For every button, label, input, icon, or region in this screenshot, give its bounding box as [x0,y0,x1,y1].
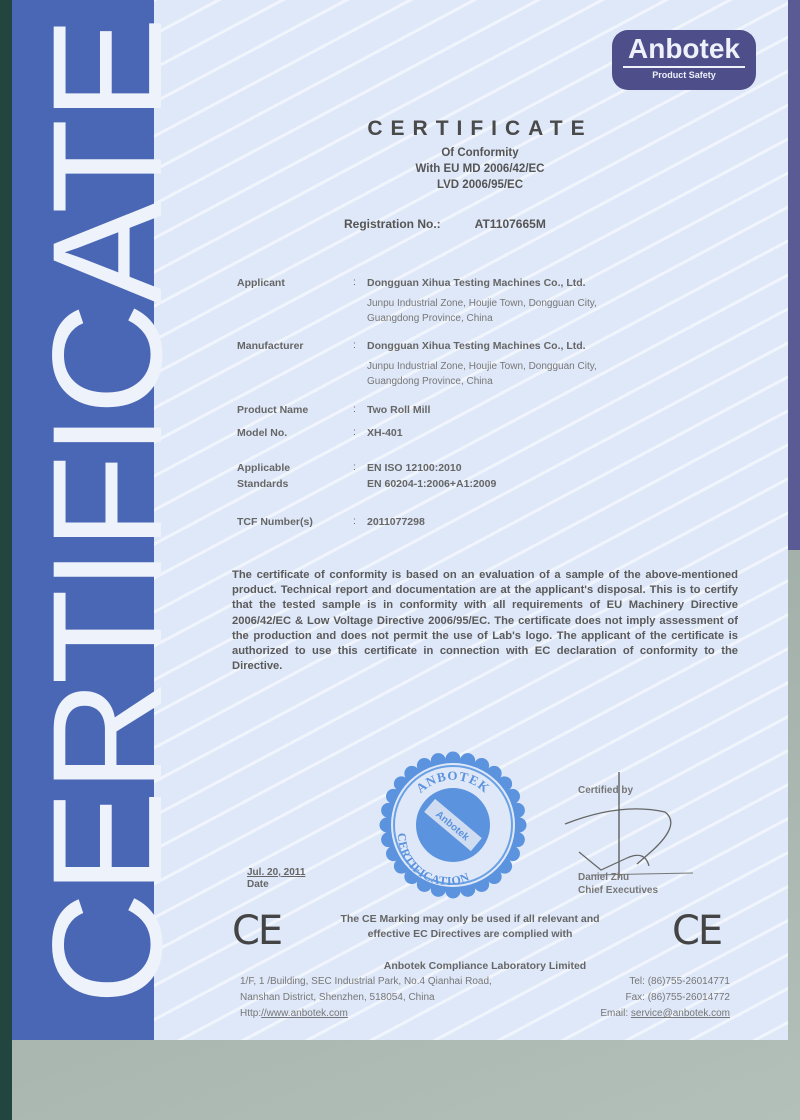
ce-mark-icon: CE [232,908,281,954]
website-link[interactable]: //www.anbotek.com [261,1008,348,1019]
signer-name-title: Daniel Zhu Chief Executives [578,871,658,897]
lab-fax: Fax: (86)755-26014772 [625,992,730,1003]
standard-2: EN 60204-1:2006+A1:2009 [367,477,496,491]
registration-label: Registration No.: [344,217,441,231]
ce-mark-icon: CE [672,908,721,954]
field-colon: : [353,515,356,527]
subtitle-line-3: LVD 2006/95/EC [240,178,720,192]
field-colon: : [353,403,356,415]
tcf-label: TCF Number(s) [237,515,313,529]
tcf-value: 2011077298 [367,515,425,529]
signature-block: Certified by Daniel Zhu Chief Executives [576,782,706,902]
field-colon: : [353,276,356,288]
standard-1: EN ISO 12100:2010 [367,461,462,475]
logo-brand: Anbotek [612,30,756,64]
field-colon: : [353,461,356,473]
subtitle-line-1: Of Conformity [240,146,720,160]
subtitle-line-2: With EU MD 2006/42/EC [240,162,720,176]
right-decorative-stripe [788,0,800,550]
model-no-value: XH-401 [367,426,403,440]
field-colon: : [353,339,356,351]
scan-dark-edge [0,0,12,1120]
date-label: Date [247,879,305,891]
manufacturer-address-line-1: Junpu Industrial Zone, Houjie Town, Dong… [367,360,597,374]
manufacturer-label: Manufacturer [237,339,304,353]
product-name-value: Two Roll Mill [367,403,430,417]
applicant-address-line-1: Junpu Industrial Zone, Houjie Town, Dong… [367,297,597,311]
field-colon: : [353,426,356,438]
lab-name: Anbotek Compliance Laboratory Limited [240,960,730,972]
standards-label-line-2: Standards [237,477,288,491]
anbotek-certification-seal: Anbotek ANBOTEK CERTIFICATION [378,750,528,900]
signer-name: Daniel Zhu [578,871,658,884]
signer-title: Chief Executives [578,884,658,897]
date-block: Jul. 20, 2011 Date [247,867,305,891]
side-band-vertical-title: CERTIFICATE [30,55,186,1005]
product-name-label: Product Name [237,403,308,417]
signature-scribble [561,772,701,882]
email-link[interactable]: service@anbotek.com [631,1008,730,1019]
applicant-label: Applicant [237,276,285,290]
manufacturer-value: Dongguan Xihua Testing Machines Co., Ltd… [367,339,586,353]
registration-value: AT1107665M [475,217,546,231]
manufacturer-address-line-2: Guangdong Province, China [367,375,493,389]
date-value: Jul. 20, 2011 [247,867,305,879]
applicant-value: Dongguan Xihua Testing Machines Co., Ltd… [367,276,586,290]
certificate-title: CERTIFICATE [240,117,720,141]
standards-label-line-1: Applicable [237,461,290,475]
lab-address-line-1: 1/F, 1 /Building, SEC Industrial Park, N… [240,976,492,987]
email-label: Email: [600,1008,628,1019]
lab-email: Email: service@anbotek.com [600,1008,730,1019]
ce-marking-note: The CE Marking may only be used if all r… [300,912,640,942]
website-label: Http: [240,1008,261,1019]
registration-number: Registration No.:AT1107665M [344,217,546,231]
applicant-address-line-2: Guangdong Province, China [367,312,493,326]
model-no-label: Model No. [237,426,287,440]
logo-tagline: Product Safety [612,70,756,80]
ce-note-line-2: effective EC Directives are complied wit… [300,927,640,942]
lab-tel: Tel: (86)755-26014771 [629,976,730,987]
lab-website: Http://www.anbotek.com [240,1008,348,1019]
conformity-statement: The certificate of conformity is based o… [232,568,738,674]
ce-note-line-1: The CE Marking may only be used if all r… [300,912,640,927]
logo-rule [623,66,745,68]
anbotek-logo: Anbotek Product Safety [612,30,756,90]
lab-address-line-2: Nanshan District, Shenzhen, 518054, Chin… [240,992,435,1003]
